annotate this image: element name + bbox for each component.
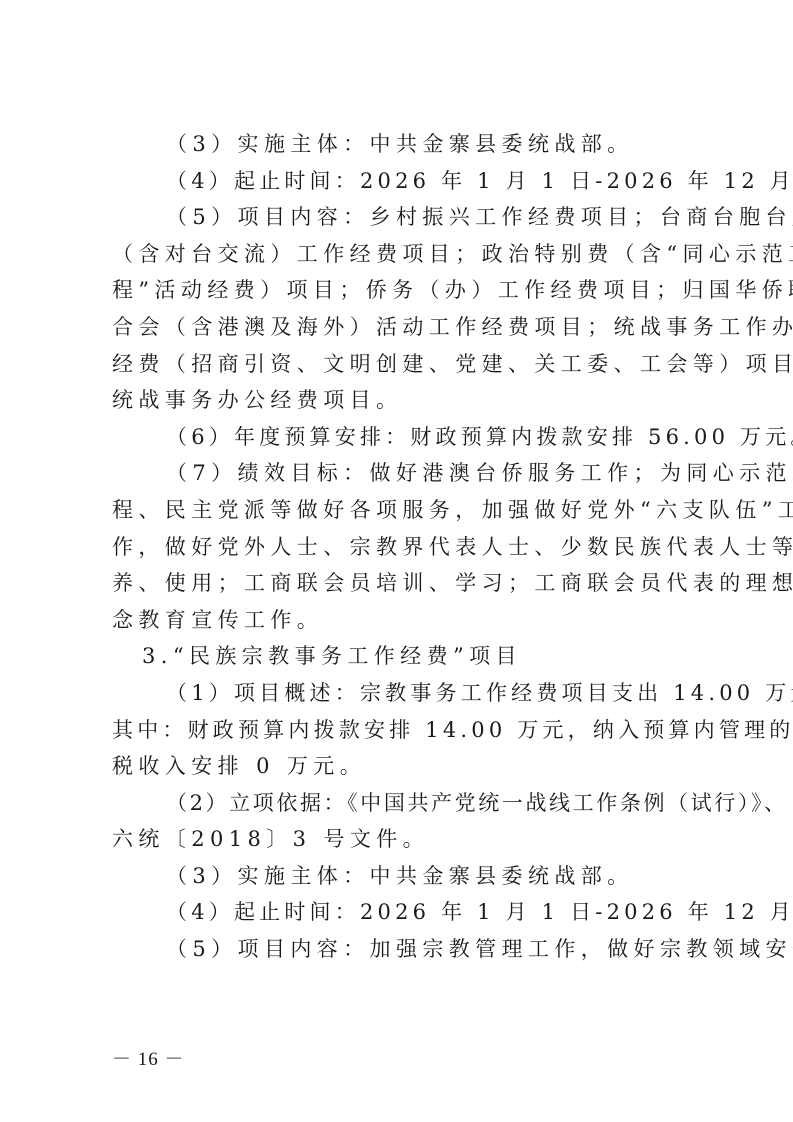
page-number: － 16 － bbox=[112, 1044, 185, 1071]
paragraph-line: 统战事务办公经费项目。 bbox=[112, 382, 680, 419]
paragraph-line: 养、使用；工商联会员培训、学习；工商联会员代表的理想信 bbox=[112, 565, 680, 602]
paragraph-line: （7）绩效目标：做好港澳台侨服务工作；为同心示范工 bbox=[112, 455, 680, 492]
paragraph-line: （1）项目概述：宗教事务工作经费项目支出 14.00 万元， bbox=[112, 675, 680, 712]
paragraph-line: 合会（含港澳及海外）活动工作经费项目；统战事务工作办公 bbox=[112, 309, 680, 346]
paragraph-line: （4）起止时间：2026 年 1 月 1 日-2026 年 12 月 31 日。 bbox=[112, 163, 680, 200]
paragraph-line: 程、民主党派等做好各项服务，加强做好党外“六支队伍”工 bbox=[112, 492, 680, 529]
paragraph-line: （2）立项依据：《中国共产党统一战线工作条例（试行）》、 bbox=[112, 785, 680, 822]
paragraph-line: （含对台交流）工作经费项目；政治特别费（含“同心示范工 bbox=[112, 236, 680, 273]
paragraph-line: （3）实施主体：中共金寨县委统战部。 bbox=[112, 126, 680, 163]
paragraph-line: （3）实施主体：中共金寨县委统战部。 bbox=[112, 858, 680, 895]
paragraph-line: （4）起止时间：2026 年 1 月 1 日-2026 年 12 月 31 日。 bbox=[112, 894, 680, 931]
paragraph-line: 六统〔2018〕3 号文件。 bbox=[112, 821, 680, 858]
document-body: （3）实施主体：中共金寨县委统战部。 （4）起止时间：2026 年 1 月 1 … bbox=[112, 126, 680, 968]
paragraph-line: 经费（招商引资、文明创建、党建、关工委、工会等）项目； bbox=[112, 346, 680, 383]
paragraph-line: 税收入安排 0 万元。 bbox=[112, 748, 680, 785]
document-page: （3）实施主体：中共金寨县委统战部。 （4）起止时间：2026 年 1 月 1 … bbox=[0, 0, 793, 1122]
paragraph-line: （5）项目内容：加强宗教管理工作，做好宗教领域安全 bbox=[112, 931, 680, 968]
section-heading: 3.“民族宗教事务工作经费”项目 bbox=[112, 638, 680, 675]
paragraph-line: 其中：财政预算内拨款安排 14.00 万元，纳入预算内管理的非 bbox=[112, 712, 680, 749]
paragraph-line: 念教育宣传工作。 bbox=[112, 602, 680, 639]
paragraph-line: （6）年度预算安排：财政预算内拨款安排 56.00 万元。 bbox=[112, 419, 680, 456]
paragraph-line: 程”活动经费）项目；侨务（办）工作经费项目；归国华侨联 bbox=[112, 272, 680, 309]
paragraph-line: （5）项目内容：乡村振兴工作经费项目；台商台胞台属 bbox=[112, 199, 680, 236]
paragraph-line: 作，做好党外人士、宗教界代表人士、少数民族代表人士等培 bbox=[112, 529, 680, 566]
